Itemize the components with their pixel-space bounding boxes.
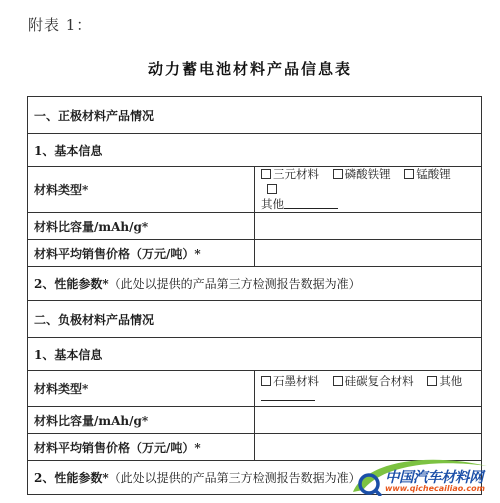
material-type-row: 材料类型* 三元材料 磷酸铁锂 锰酸锂 其他 [28, 167, 482, 213]
other-fill-blank[interactable] [284, 198, 338, 209]
section-heading-row: 一、正极材料产品情况 [28, 97, 482, 134]
performance-note: （此处以提供的产品第三方检测报告数据为准） [109, 277, 361, 291]
avg-price-row: 材料平均销售价格（万元/吨）* [28, 240, 482, 267]
performance-row: 2、性能参数*（此处以提供的产品第三方检测报告数据为准） [28, 267, 482, 301]
option-silicon-carbon[interactable]: 硅碳复合材料 [333, 374, 414, 388]
basic-info-label: 1、基本信息 [28, 338, 482, 371]
basic-info-label: 1、基本信息 [28, 134, 482, 167]
performance-note: （此处以提供的产品第三方检测报告数据为准） [109, 471, 361, 485]
material-type-options: 石墨材料 硅碳复合材料 其他 [255, 371, 482, 407]
material-type-row: 材料类型* 石墨材料 硅碳复合材料 其他 [28, 371, 482, 407]
checkbox-icon[interactable] [427, 376, 437, 386]
option-other-label: 其他 [261, 197, 284, 211]
document-title: 动力蓄电池材料产品信息表 [0, 58, 500, 79]
avg-price-label: 材料平均销售价格（万元/吨）* [28, 434, 255, 461]
basic-info-row: 1、基本信息 [28, 338, 482, 371]
checkbox-icon[interactable] [267, 184, 277, 194]
specific-capacity-input[interactable] [255, 213, 482, 240]
appendix-label: 附表 1： [28, 14, 92, 35]
option-other-label: 其他 [439, 374, 462, 388]
material-type-options: 三元材料 磷酸铁锂 锰酸锂 其他 [255, 167, 482, 213]
material-type-label: 材料类型* [28, 167, 255, 213]
section-heading-row: 二、负极材料产品情况 [28, 301, 482, 338]
specific-capacity-label: 材料比容量/mAh/g* [28, 213, 255, 240]
checkbox-icon[interactable] [261, 169, 271, 179]
performance-label: 2、性能参数* [34, 471, 109, 485]
option-graphite[interactable]: 石墨材料 [261, 374, 319, 388]
avg-price-input[interactable] [255, 240, 482, 267]
watermark-url: www.qichecailiao.com [385, 484, 485, 493]
specific-capacity-label: 材料比容量/mAh/g* [28, 407, 255, 434]
checkbox-icon[interactable] [333, 376, 343, 386]
section-heading-anode: 二、负极材料产品情况 [28, 301, 482, 338]
option-lmo[interactable]: 锰酸锂 [404, 167, 451, 181]
material-type-label: 材料类型* [28, 371, 255, 407]
option-lfp[interactable]: 磷酸铁锂 [333, 167, 391, 181]
other-fill-blank[interactable] [261, 390, 315, 401]
performance-cell: 2、性能参数*（此处以提供的产品第三方检测报告数据为准） [28, 267, 482, 301]
checkbox-icon[interactable] [404, 169, 414, 179]
option-ternary[interactable]: 三元材料 [261, 167, 319, 181]
checkbox-icon[interactable] [261, 376, 271, 386]
avg-price-label: 材料平均销售价格（万元/吨）* [28, 240, 255, 267]
performance-label: 2、性能参数* [34, 277, 109, 291]
watermark-logo: 中国汽车材料网 www.qichecailiao.com [345, 452, 495, 498]
specific-capacity-row: 材料比容量/mAh/g* [28, 213, 482, 240]
basic-info-row: 1、基本信息 [28, 134, 482, 167]
material-info-form: 一、正极材料产品情况 1、基本信息 材料类型* 三元材料 磷酸铁锂 锰酸锂 其他… [27, 96, 482, 495]
checkbox-icon[interactable] [333, 169, 343, 179]
specific-capacity-input[interactable] [255, 407, 482, 434]
specific-capacity-row: 材料比容量/mAh/g* [28, 407, 482, 434]
section-heading-cathode: 一、正极材料产品情况 [28, 97, 482, 134]
